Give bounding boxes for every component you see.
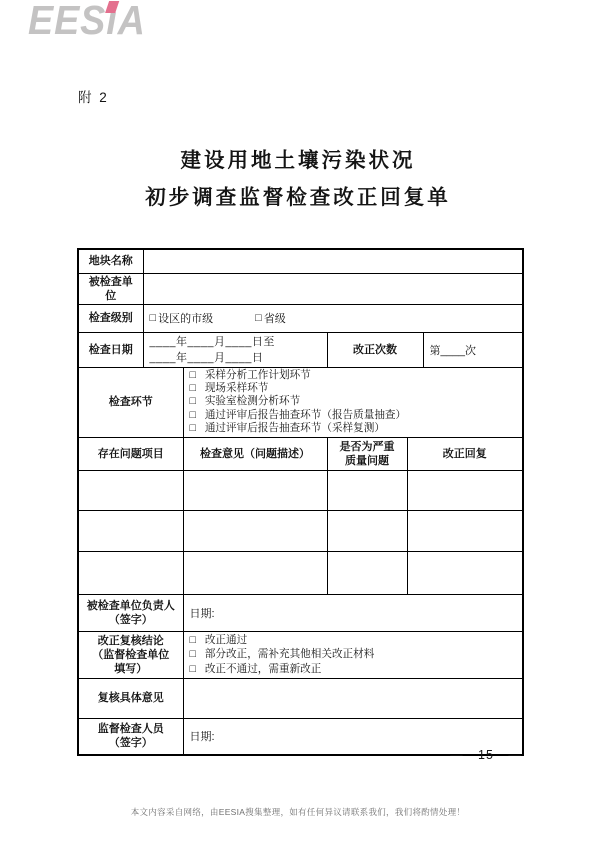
level-option-province: □省级: [255, 310, 286, 326]
issues-header-reply: 改正回复: [407, 437, 523, 470]
stage-option-label: 实验室检测分析环节: [205, 395, 300, 408]
checkbox-icon: □: [190, 662, 196, 677]
stage-option-label: 通过评审后报告抽查环节（采样复测）: [205, 422, 385, 435]
review-conclusion-label: 改正复核结论 （监督检查单位 填写）: [78, 631, 183, 678]
eesia-logo: EESıA: [28, 0, 146, 46]
checkbox-icon: □: [150, 312, 157, 324]
review-option: □部分改正，需补充其他相关改正材料: [190, 647, 517, 662]
empty-cell: [407, 510, 523, 551]
stage-option-label: 通过评审后报告抽查环节（报告质量抽查）: [205, 409, 406, 422]
empty-cell: [327, 551, 407, 594]
checkbox-icon: □: [190, 633, 196, 648]
correction-count-label: 改正次数: [327, 332, 423, 367]
empty-cell: [183, 510, 327, 551]
checkbox-icon: □: [190, 409, 196, 422]
issues-header-item: 存在问题项目: [78, 437, 183, 470]
empty-cell: [407, 551, 523, 594]
review-option-label: 改正不通过，需重新改正: [205, 662, 322, 677]
empty-cell: [78, 470, 183, 510]
issues-header-severe: 是否为严重 质量问题: [327, 437, 407, 470]
checkbox-icon: □: [190, 422, 196, 435]
form-table: 地块名称 被检查单位 检查级别 □设区的市级□省级 检查日期 ____年____…: [77, 248, 524, 756]
level-option-province-label: 省级: [264, 310, 286, 326]
footer-note: 本文内容采自网络，由EESIA搜集整理，如有任何异议请联系我们，我们将酌情处理！: [0, 806, 596, 818]
logo-text-tail: A: [118, 0, 146, 43]
date-line-2: ____年____月____日: [150, 350, 321, 366]
page-number: — 15 —: [426, 748, 546, 762]
logo-text-head: EES: [28, 0, 106, 43]
inspector-label-line2: （签字）: [85, 736, 177, 750]
inspector-label-line1: 监督检查人员: [85, 722, 177, 736]
issues-empty-row: [78, 551, 523, 594]
issues-header-opinion: 检查意见（问题描述）: [183, 437, 327, 470]
plot-name-value: [143, 249, 523, 273]
title-line-1: 建设用地土壤污染状况: [0, 142, 596, 179]
review-options: □改正通过 □部分改正，需补充其他相关改正材料 □改正不通过，需重新改正: [183, 631, 523, 678]
empty-cell: [183, 470, 327, 510]
date-line-1: ____年____月____日至: [150, 334, 321, 350]
inspected-head-date: 日期:: [183, 594, 523, 631]
empty-cell: [407, 470, 523, 510]
review-opinion-value: [183, 678, 523, 718]
stage-option-label: 现场采样环节: [205, 382, 269, 395]
review-label-line3: 填写）: [85, 662, 177, 676]
date-blanks: ____年____月____日至 ____年____月____日: [143, 332, 327, 367]
inspected-head-label-line2: （签字）: [85, 613, 177, 627]
stage-label: 检查环节: [78, 367, 183, 437]
level-option-city: □设区的市级: [150, 310, 214, 326]
document-page: EESıA 附 2 建设用地土壤污染状况 初步调查监督检查改正回复单 地块名称 …: [0, 0, 596, 842]
inspected-head-label: 被检查单位负责人 （签字）: [78, 594, 183, 631]
stage-option-label: 采样分析工作计划环节: [205, 369, 311, 382]
stage-option: □采样分析工作计划环节: [190, 369, 517, 382]
stage-option: □通过评审后报告抽查环节（报告质量抽查）: [190, 409, 517, 422]
review-option-label: 改正通过: [205, 633, 247, 648]
empty-cell: [327, 510, 407, 551]
review-option: □改正不通过，需重新改正: [190, 662, 517, 677]
checkbox-icon: □: [255, 312, 262, 324]
inspector-label: 监督检查人员 （签字）: [78, 718, 183, 755]
date-label: 检查日期: [78, 332, 143, 367]
correction-count-value: 第____次: [423, 332, 523, 367]
review-option: □改正通过: [190, 633, 517, 648]
stage-option: □通过评审后报告抽查环节（采样复测）: [190, 422, 517, 435]
empty-cell: [183, 551, 327, 594]
level-options: □设区的市级□省级: [143, 304, 523, 332]
empty-cell: [78, 551, 183, 594]
level-label: 检查级别: [78, 304, 143, 332]
review-option-label: 部分改正，需补充其他相关改正材料: [205, 647, 375, 662]
checkbox-icon: □: [190, 395, 196, 408]
issues-header-severe-line2: 质量问题: [334, 454, 401, 468]
stage-option: □现场采样环节: [190, 382, 517, 395]
issues-empty-row: [78, 470, 523, 510]
inspected-unit-value: [143, 273, 523, 304]
title-line-2: 初步调查监督检查改正回复单: [0, 179, 596, 216]
checkbox-icon: □: [190, 647, 196, 662]
checkbox-icon: □: [190, 382, 196, 395]
review-label-line1: 改正复核结论: [85, 634, 177, 648]
document-title: 建设用地土壤污染状况 初步调查监督检查改正回复单: [0, 142, 596, 216]
issues-header-severe-line1: 是否为严重: [334, 440, 401, 454]
review-opinion-label: 复核具体意见: [78, 678, 183, 718]
review-label-line2: （监督检查单位: [85, 648, 177, 662]
checkbox-icon: □: [190, 369, 196, 382]
empty-cell: [78, 510, 183, 551]
level-option-city-label: 设区的市级: [158, 310, 213, 326]
stage-option: □实验室检测分析环节: [190, 395, 517, 408]
stage-options: □采样分析工作计划环节 □现场采样环节 □实验室检测分析环节 □通过评审后报告抽…: [183, 367, 523, 437]
inspected-head-label-line1: 被检查单位负责人: [85, 599, 177, 613]
inspected-unit-label: 被检查单位: [78, 273, 143, 304]
plot-name-label: 地块名称: [78, 249, 143, 273]
issues-empty-row: [78, 510, 523, 551]
empty-cell: [327, 470, 407, 510]
attachment-label: 附 2: [78, 86, 109, 106]
